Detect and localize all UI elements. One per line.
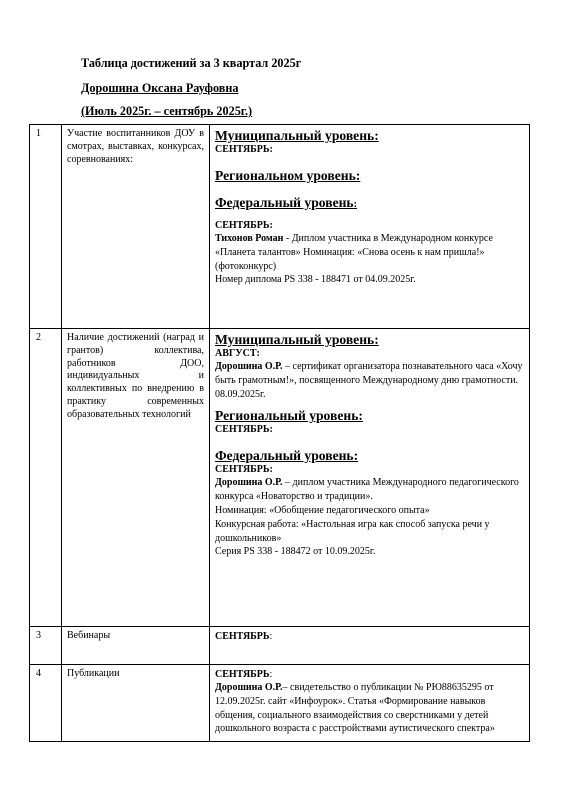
competition-work: Конкурсная работа: «Настольная игра как … (215, 518, 524, 546)
achievements-cell: Муниципальный уровень: АВГУСТ: Дорошина … (210, 329, 530, 627)
municipal-level-heading: Муниципальный уровень: (215, 128, 524, 143)
municipal-level-heading: Муниципальный уровень: (215, 332, 524, 347)
achievement-entry: Тихонов Роман - Диплом участника в Между… (215, 232, 524, 273)
federal-level-label: Федеральный уровень (215, 195, 354, 210)
month-label: СЕНТЯБРЬ: (215, 463, 524, 476)
month-label: СЕНТЯБРЬ: (215, 630, 524, 643)
achievement-entry: Дорошина О.Р.– свидетельство о публикаци… (215, 681, 524, 736)
colon: : (270, 631, 273, 642)
month-label: СЕНТЯБРЬ: (215, 219, 524, 232)
federal-level-heading: Федеральный уровень: (215, 195, 524, 212)
criterion-cell: Вебинары (62, 627, 210, 665)
regional-level-heading: Региональный уровень: (215, 408, 524, 423)
participant-name: Дорошина О.Р. (215, 361, 283, 372)
criterion-cell: Участие воспитанников ДОУ в смотрах, выс… (62, 125, 210, 329)
criterion-cell: Наличие достижений (наград и грантов) ко… (62, 329, 210, 627)
table-row: 4 Публикации СЕНТЯБРЬ: Дорошина О.Р.– св… (30, 665, 530, 742)
achievements-cell: СЕНТЯБРЬ: (210, 627, 530, 665)
colon: : (354, 199, 357, 210)
diploma-number: Номер диплома PS 338 - 188471 от 04.09.2… (215, 273, 524, 287)
employee-name: Дорошина Оксана Рауфовна (81, 81, 238, 96)
participant-name: Дорошина О.Р. (215, 477, 283, 488)
month-label: СЕНТЯБРЬ: (215, 423, 524, 436)
month-label: СЕНТЯБРЬ: (215, 143, 524, 156)
achievements-cell: Муниципальный уровень: СЕНТЯБРЬ: Региона… (210, 125, 530, 329)
row-number: 4 (30, 665, 62, 742)
month-label: АВГУСТ: (215, 347, 524, 360)
table-row: 2 Наличие достижений (наград и грантов) … (30, 329, 530, 627)
row-number: 3 (30, 627, 62, 665)
diploma-series: Серия PS 338 - 188472 от 10.09.2025г. (215, 545, 524, 559)
achievement-entry: Дорошина О.Р. – диплом участника Междуна… (215, 476, 524, 504)
nomination: Номинация: «Обобщение педагогического оп… (215, 504, 524, 518)
document-title: Таблица достижений за 3 квартал 2025г (81, 56, 301, 71)
colon: : (270, 669, 273, 680)
achievements-table: 1 Участие воспитанников ДОУ в смотрах, в… (29, 124, 530, 742)
achievements-cell: СЕНТЯБРЬ: Дорошина О.Р.– свидетельство о… (210, 665, 530, 742)
criterion-cell: Публикации (62, 665, 210, 742)
month-name: СЕНТЯБРЬ (215, 669, 270, 680)
federal-level-heading: Федеральный уровень: (215, 448, 524, 463)
table-row: 1 Участие воспитанников ДОУ в смотрах, в… (30, 125, 530, 329)
reporting-period: (Июль 2025г. – сентябрь 2025г.) (81, 104, 252, 119)
regional-level-heading: Региональном уровень: (215, 168, 524, 183)
entry-date: 08.09.2025г. (215, 388, 524, 402)
participant-name: Тихонов Роман (215, 233, 283, 244)
month-label: СЕНТЯБРЬ: (215, 668, 524, 681)
achievement-entry: Дорошина О.Р. – сертификат организатора … (215, 360, 524, 388)
row-number: 2 (30, 329, 62, 627)
table-row: 3 Вебинары СЕНТЯБРЬ: (30, 627, 530, 665)
row-number: 1 (30, 125, 62, 329)
participant-name: Дорошина О.Р. (215, 682, 283, 693)
month-name: СЕНТЯБРЬ (215, 631, 270, 642)
